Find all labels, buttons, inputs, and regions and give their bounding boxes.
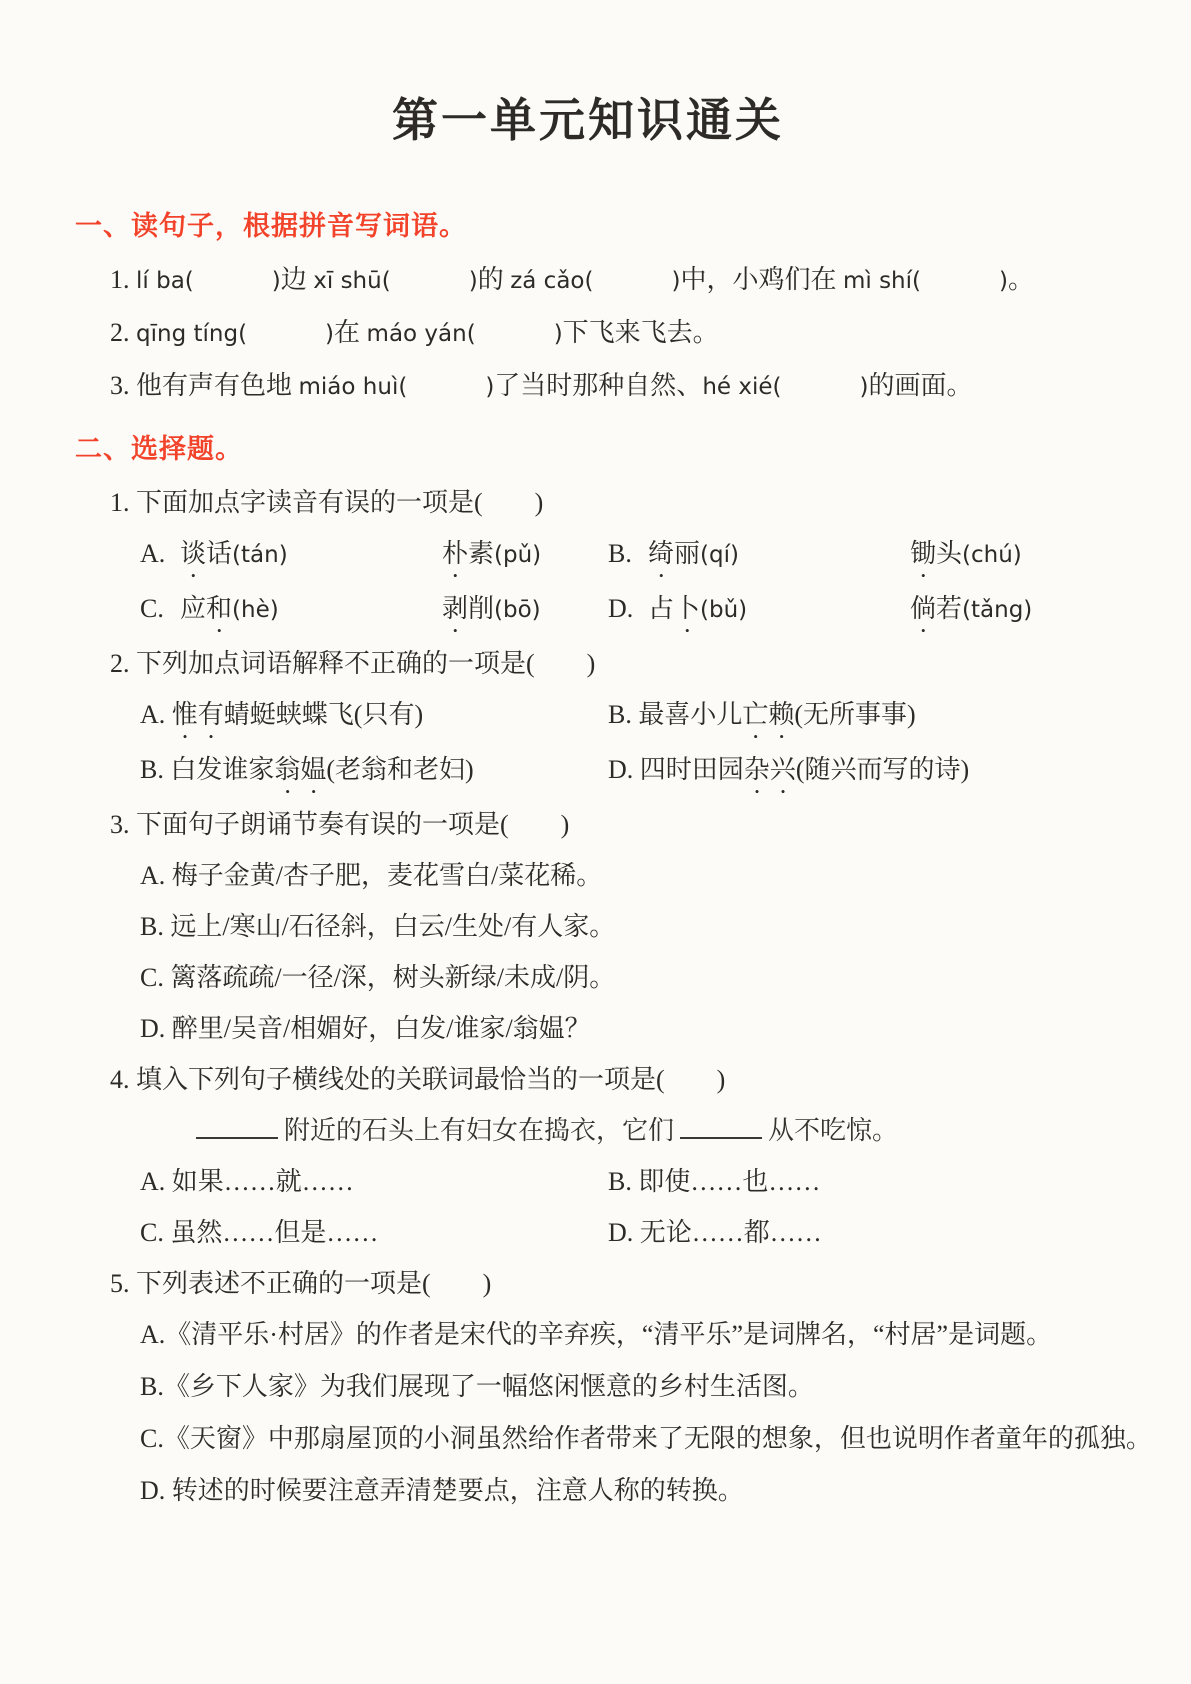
- page-title: 第一单元知识通关: [75, 92, 1101, 150]
- section-choice: 二、选择题。 1. 下面加点字读音有误的一项是( ) A.谈话(tán)朴素(p…: [75, 427, 1161, 1517]
- option-label: C.: [140, 583, 180, 634]
- question-3: 3. 下面句子朗诵节奏有误的一项是( ) A. 梅子金黄/杏子肥，麦花雪白/菜花…: [75, 799, 1161, 1054]
- section-1-heading: 一、读句子，根据拼音写词语。: [75, 204, 1161, 248]
- question-2-stem: 2. 下列加点词语解释不正确的一项是( ): [110, 638, 1161, 689]
- option-label: B.: [608, 528, 648, 579]
- pinyin-item-2: 2. qīng tíng()在 máo yán()下飞来飞去。: [110, 307, 1161, 360]
- question-5-option-d: D. 转述的时候要注意弄清楚要点，注意人称的转换。: [140, 1465, 1161, 1517]
- question-4-option-c: C. 虽然……但是……: [140, 1207, 608, 1258]
- question-3-option-a: A. 梅子金黄/杏子肥，麦花雪白/菜花稀。: [140, 850, 1161, 901]
- pinyin-item-1: 1. lí ba()边 xī shū()的 zá cǎo()中，小鸡们在 mì …: [110, 254, 1161, 307]
- question-1-option-b: B.绮丽(qí)锄头(chú): [608, 528, 1161, 583]
- question-2-option-c: B. 白发谁家翁媪(老翁和老妇): [140, 744, 608, 799]
- question-5-option-c: C.《天窗》中那扇屋顶的小洞虽然给作者带来了无限的想象，但也说明作者童年的孤独。: [140, 1413, 1161, 1465]
- option-word: 谈话(tán): [180, 528, 442, 583]
- question-2-option-b: B. 最喜小儿亡赖(无所事事): [608, 689, 1161, 744]
- option-word: 绮丽(qí): [648, 528, 910, 583]
- question-5-option-b: B.《乡下人家》为我们展现了一幅悠闲惬意的乡村生活图。: [140, 1361, 1161, 1413]
- question-3-option-b: B. 远上/寒山/石径斜，白云/生处/有人家。: [140, 901, 1161, 952]
- question-1: 1. 下面加点字读音有误的一项是( ) A.谈话(tán)朴素(pǔ) B.绮丽…: [75, 477, 1161, 638]
- question-4-option-d: D. 无论……都……: [608, 1207, 1161, 1258]
- option-word: 剥削(bō): [442, 594, 541, 623]
- worksheet-page: 第一单元知识通关 一、读句子，根据拼音写词语。 1. lí ba()边 xī s…: [0, 0, 1191, 1684]
- question-2: 2. 下列加点词语解释不正确的一项是( ) A. 惟有蜻蜓蛱蝶飞(只有) B. …: [75, 638, 1161, 799]
- question-3-option-c: C. 篱落疏疏/一径/深，树头新绿/未成/阴。: [140, 952, 1161, 1003]
- option-word: 应和(hè): [180, 583, 442, 638]
- question-4-options: A. 如果……就…… B. 即使……也…… C. 虽然……但是…… D. 无论……: [140, 1156, 1161, 1258]
- question-1-option-a: A.谈话(tán)朴素(pǔ): [140, 528, 608, 583]
- question-4-option-b: B. 即使……也……: [608, 1156, 1161, 1207]
- question-2-option-d: D. 四时田园杂兴(随兴而写的诗): [608, 744, 1161, 799]
- question-4: 4. 填入下列句子横线处的关联词最恰当的一项是( ) 附近的石头上有妇女在捣衣，…: [75, 1054, 1161, 1258]
- question-5-stem: 5. 下列表述不正确的一项是( ): [110, 1258, 1161, 1309]
- question-1-stem: 1. 下面加点字读音有误的一项是( ): [110, 477, 1161, 528]
- question-4-option-a: A. 如果……就……: [140, 1156, 608, 1207]
- option-label: D.: [608, 583, 648, 634]
- option-label: A.: [140, 528, 180, 579]
- question-5: 5. 下列表述不正确的一项是( ) A.《清平乐·村居》的作者是宋代的辛弃疾，“…: [75, 1258, 1161, 1517]
- question-1-option-c: C.应和(hè)剥削(bō): [140, 583, 608, 638]
- question-4-sentence: 附近的石头上有妇女在捣衣，它们从不吃惊。: [190, 1105, 1161, 1156]
- question-1-option-d: D.占卜(bǔ)倘若(tǎng): [608, 583, 1161, 638]
- section-pinyin: 一、读句子，根据拼音写词语。 1. lí ba()边 xī shū()的 zá …: [75, 204, 1161, 413]
- option-word: 倘若(tǎng): [910, 594, 1032, 623]
- section-2-heading: 二、选择题。: [75, 427, 1161, 471]
- option-word: 占卜(bǔ): [648, 583, 910, 638]
- question-2-option-a: A. 惟有蜻蜓蛱蝶飞(只有): [140, 689, 608, 744]
- question-5-option-a: A.《清平乐·村居》的作者是宋代的辛弃疾，“清平乐”是词牌名，“村居”是词题。: [140, 1309, 1161, 1361]
- option-word: 锄头(chú): [910, 539, 1022, 568]
- question-3-option-d: D. 醉里/吴音/相媚好，白发/谁家/翁媪？: [140, 1003, 1161, 1054]
- question-1-options: A.谈话(tán)朴素(pǔ) B.绮丽(qí)锄头(chú) C.应和(hè)…: [140, 528, 1161, 638]
- question-3-stem: 3. 下面句子朗诵节奏有误的一项是( ): [110, 799, 1161, 850]
- question-2-options: A. 惟有蜻蜓蛱蝶飞(只有) B. 最喜小儿亡赖(无所事事) B. 白发谁家翁媪…: [140, 689, 1161, 799]
- pinyin-item-3: 3. 他有声有色地 miáo huì()了当时那种自然、hé xié()的画面。: [110, 360, 1161, 413]
- question-4-stem: 4. 填入下列句子横线处的关联词最恰当的一项是( ): [110, 1054, 1161, 1105]
- option-word: 朴素(pǔ): [442, 539, 541, 568]
